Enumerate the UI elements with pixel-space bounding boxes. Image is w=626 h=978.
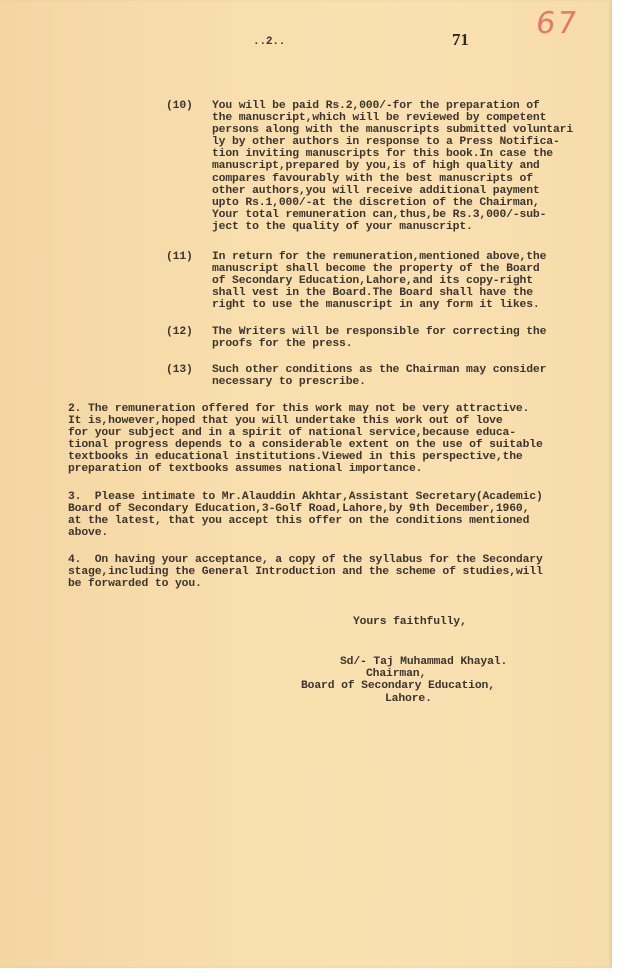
text-line: You will be paid Rs.2,000/-for the prepa… bbox=[212, 100, 573, 112]
text-line: 3. Please intimate to Mr.Alauddin Akhtar… bbox=[68, 491, 543, 503]
text-line: other authors,you will receive additiona… bbox=[212, 185, 573, 197]
text-line: be forwarded to you. bbox=[68, 578, 543, 590]
text-line: manuscript,prepared by you,is of high qu… bbox=[212, 160, 573, 172]
condition-12-text: The Writers will be responsible for corr… bbox=[212, 326, 546, 350]
paragraph-3: 3. Please intimate to Mr.Alauddin Akhtar… bbox=[68, 491, 543, 539]
text-line: textbooks in educational institutions.Vi… bbox=[68, 451, 543, 463]
condition-number: (12) bbox=[166, 326, 193, 338]
text-line: the manuscript,which will be reviewed by… bbox=[212, 112, 573, 124]
text-line: It is,however,hoped that you will undert… bbox=[68, 415, 543, 427]
page-marker: ..2.. bbox=[253, 36, 285, 48]
text-line: Board of Secondary Education,3-Golf Road… bbox=[68, 503, 543, 515]
text-line: shall vest in the Board.The Board shall … bbox=[212, 287, 546, 299]
condition-10-text: You will be paid Rs.2,000/-for the prepa… bbox=[212, 100, 573, 233]
signatory-city: Lahore. bbox=[385, 693, 432, 705]
text-line: ly by other authors in response to a Pre… bbox=[212, 136, 573, 148]
text-line: above. bbox=[68, 527, 543, 539]
text-line: Such other conditions as the Chairman ma… bbox=[212, 364, 546, 376]
text-line: necessary to prescribe. bbox=[212, 376, 546, 388]
paragraph-2: 2. The remuneration offered for this wor… bbox=[68, 403, 543, 476]
text-line: manuscript shall become the property of … bbox=[212, 263, 546, 275]
text-line: 2. The remuneration offered for this wor… bbox=[68, 403, 543, 415]
text-line: compares favourably with the best manusc… bbox=[212, 173, 573, 185]
text-line: 4. On having your acceptance, a copy of … bbox=[68, 554, 543, 566]
signatory-title: Chairman, bbox=[366, 668, 426, 680]
text-line: ject to the quality of your manuscript. bbox=[212, 221, 573, 233]
condition-number: (10) bbox=[166, 100, 193, 112]
text-line: of Secondary Education,Lahore,and its co… bbox=[212, 275, 546, 287]
letter-page: ..2.. 71 67 (10) You will be paid Rs.2,0… bbox=[0, 0, 612, 968]
signatory-organization: Board of Secondary Education, bbox=[301, 680, 495, 692]
text-line: upto Rs.1,000/-at the discretion of the … bbox=[212, 197, 573, 209]
text-line: for your subject and in a spirit of nati… bbox=[68, 427, 543, 439]
text-line: at the latest, that you accept this offe… bbox=[68, 515, 543, 527]
text-line: tional progress depends to a considerabl… bbox=[68, 439, 543, 451]
closing-salutation: Yours faithfully, bbox=[353, 616, 467, 628]
condition-number: (13) bbox=[166, 364, 193, 376]
text-line: The Writers will be responsible for corr… bbox=[212, 326, 546, 338]
page-number: 71 bbox=[452, 34, 469, 46]
text-line: proofs for the press. bbox=[212, 338, 546, 350]
text-line: right to use the manuscript in any form … bbox=[212, 299, 546, 311]
text-line: preparation of textbooks assumes nationa… bbox=[68, 463, 543, 475]
text-line: Your total remuneration can,thus,be Rs.3… bbox=[212, 209, 573, 221]
text-line: In return for the remuneration,mentioned… bbox=[212, 251, 546, 263]
signatory-name: Sd/- Taj Muhammad Khayal. bbox=[340, 656, 507, 668]
condition-11-text: In return for the remuneration,mentioned… bbox=[212, 251, 546, 311]
condition-number: (11) bbox=[166, 251, 193, 263]
handwritten-folio-number: 67 bbox=[535, 18, 579, 30]
text-line: stage,including the General Introduction… bbox=[68, 566, 543, 578]
text-line: persons along with the manuscripts submi… bbox=[212, 124, 573, 136]
paragraph-4: 4. On having your acceptance, a copy of … bbox=[68, 554, 543, 590]
text-line: tion inviting manuscripts for this book.… bbox=[212, 148, 573, 160]
condition-13-text: Such other conditions as the Chairman ma… bbox=[212, 364, 546, 388]
